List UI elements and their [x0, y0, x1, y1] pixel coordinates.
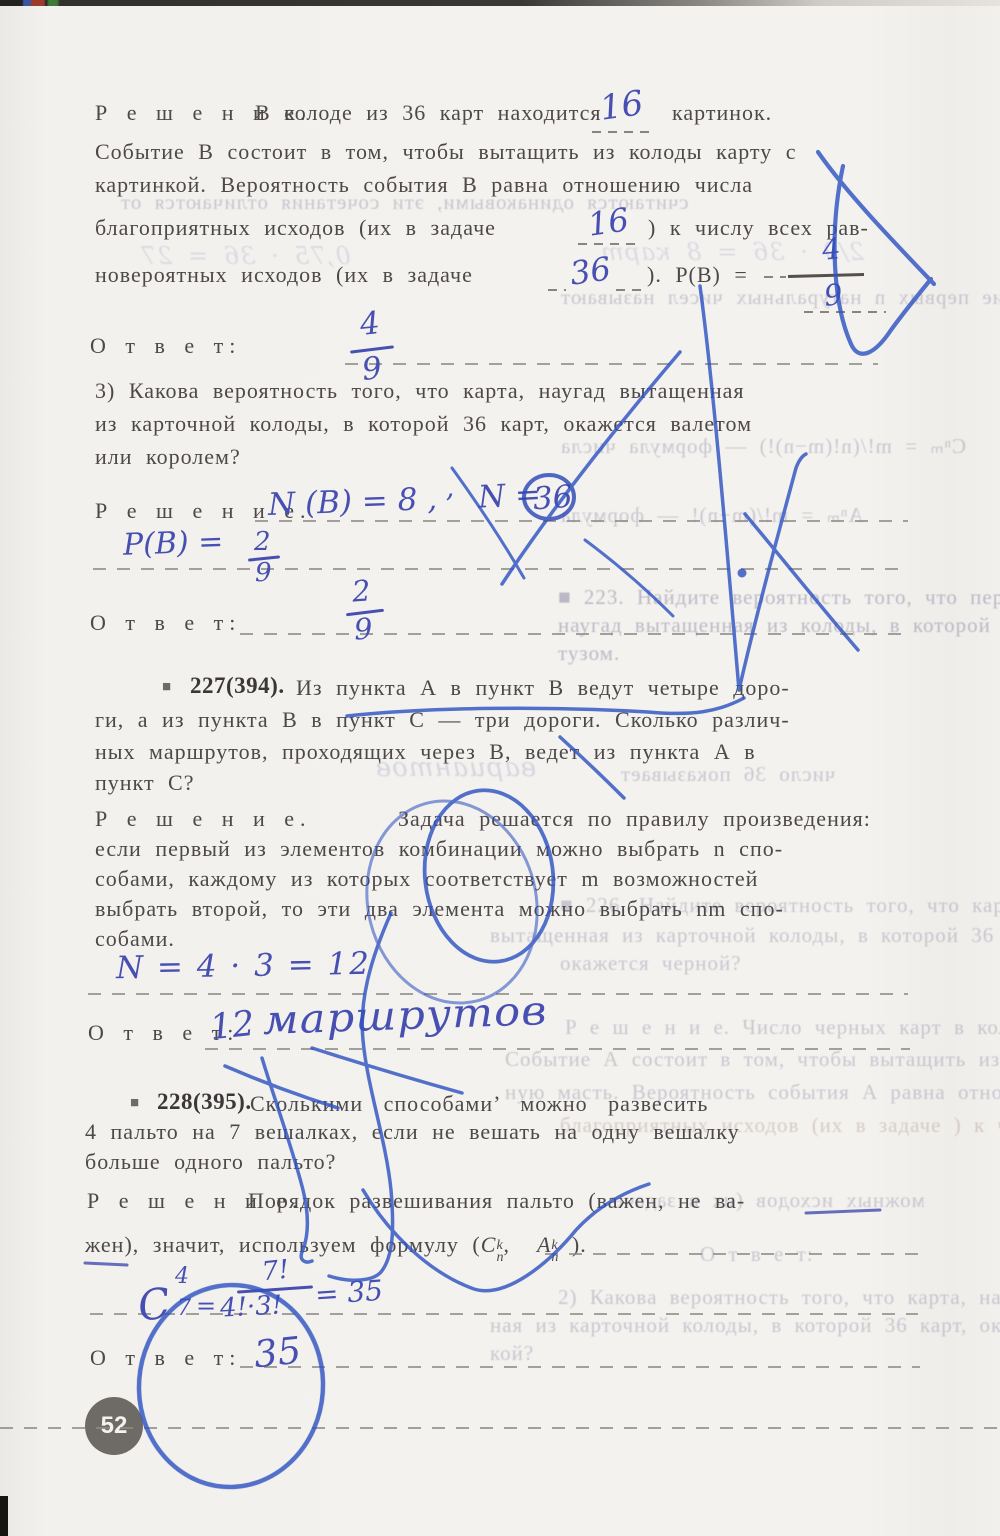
square-bullet-icon: ■: [130, 1095, 139, 1112]
problem228-line2: 4 пальто на 7 вешалках, если не вешать н…: [85, 1119, 740, 1145]
page-number-badge: 52: [85, 1397, 143, 1455]
answer-dashed-line: [545, 1253, 918, 1255]
bleed-line: число 36 показывает: [620, 762, 835, 787]
solution3-line2: если первый из элементов комбинации можн…: [95, 836, 783, 862]
answer-dashed-line: [205, 1048, 910, 1050]
bleed-line: Аⁿₘ = m!/(m−n)! — формула: [560, 503, 863, 528]
answer4-label: О т в е т:: [90, 1345, 241, 1371]
answer-dashed-line: [240, 1366, 920, 1368]
scanned-workbook-page: считаются одинаковыми, эти сочетания отл…: [0, 0, 1000, 1536]
problem227-line1: Из пункта А в пункт В ведут четыре доро-: [296, 675, 790, 701]
solution1-line2: Событие В состоит в том, чтобы вытащить …: [95, 139, 797, 165]
solution1-line3: картинкой. Вероятность события В равна о…: [95, 172, 753, 198]
pen-stroke: [312, 1048, 462, 1093]
answer2-denominator: 9: [353, 611, 374, 646]
answer-dashed-line: [240, 633, 908, 635]
handwritten-fraction-denominator: 9: [822, 277, 844, 313]
handwritten-4fact-3fact: 4!·3!: [219, 1290, 283, 1323]
blank-line: [578, 243, 638, 245]
question3-line3: или королем?: [95, 444, 241, 470]
problem227-number: 227(394).: [190, 673, 285, 699]
handwritten-fraction-denominator: 9: [255, 558, 272, 588]
solution1-line4a: благоприятных исходов (их в задаче: [95, 215, 496, 241]
solution1-line1a: В колоде из 36 карт находится: [255, 100, 601, 126]
handwritten-sub-7: 7: [177, 1296, 191, 1321]
solution4-line2: жен), значит, используем формулу (Сkn, А…: [85, 1232, 587, 1264]
solution3-line4: выбрать второй, то эти два элемента можн…: [95, 896, 784, 922]
bleed-line: вытащенная из карточной колоды, в которо…: [490, 923, 1000, 948]
handwritten-sup-4: 4: [175, 1264, 189, 1289]
bleed-line: ная из карточной колоды, в которой 36 ка…: [490, 1313, 1000, 1338]
answer1-denominator: 9: [360, 350, 383, 388]
handwritten-tick: ’: [445, 488, 454, 521]
blank-line: [616, 289, 642, 291]
answer-dashed-line: [255, 520, 908, 522]
question3-line1: 3) Какова вероятность того, что карта, н…: [95, 378, 745, 404]
answer1-label: О т в е т:: [90, 333, 241, 359]
problem228-number: 228(395).: [157, 1089, 252, 1115]
blank-line: [592, 131, 654, 133]
blank-line: [548, 289, 566, 291]
bleed-line: Сⁿₘ = m!/(n!(m−n)!) — формула числа: [560, 434, 966, 459]
handwritten-N-4-3-12: N = 4 · 3 = 12: [116, 946, 372, 986]
problem227-line3: ных маршрутов, проходящих через В, ведет…: [95, 739, 756, 765]
answer-dashed-line: [345, 363, 878, 365]
handwritten-16: 16: [586, 200, 632, 243]
answer3-12: 12: [208, 1004, 256, 1048]
bleed-line: окажется черной?: [560, 951, 742, 976]
handwritten-NB8: N (В) = 8 ,: [267, 481, 437, 523]
bleed-line: ■ 223. Найдите вероятность того, что пер…: [558, 585, 1000, 610]
answer2-label: О т в е т:: [90, 610, 241, 636]
bleed-line: Событие А состоит в том, чтобы вытащить …: [505, 1047, 1000, 1072]
printed-fraction-bar: [788, 273, 864, 278]
answer1-numerator: 4: [358, 305, 381, 343]
solution4-line2-text: жен), значит, используем формулу (: [85, 1232, 481, 1257]
solution3-line5: собами.: [95, 926, 175, 952]
page-number: 52: [101, 1412, 128, 1440]
bleed-line: 2) Какова вероятность того, что карта, н…: [558, 1285, 1000, 1310]
bleed-line: кой?: [490, 1341, 534, 1366]
solution3-line1: Задача решается по правилу произведения:: [398, 806, 871, 832]
answer-dashed-line: [93, 568, 908, 570]
formula-C: С: [481, 1232, 497, 1257]
solution1-line5b: ). Р(В) =: [647, 262, 748, 288]
handwritten-36: 36: [568, 249, 614, 292]
handwritten-C: С: [135, 1278, 174, 1331]
problem228-line3: больше одного пальто?: [85, 1149, 336, 1175]
scan-edge-strip: [0, 0, 1000, 6]
handwritten-PB: Р(В) =: [122, 524, 223, 562]
problem227-line2: ги, а из пункта В в пункт С — три дороги…: [95, 707, 790, 733]
scan-edge-bar: [0, 1496, 8, 1536]
problem227-line4: пункт С?: [95, 770, 195, 796]
square-bullet-icon: ■: [162, 679, 171, 696]
formula-A-indices: kn: [551, 1240, 558, 1264]
formula-comma: ,: [503, 1232, 510, 1257]
solution3-heading: Р е ш е н и е.: [95, 806, 312, 832]
solution4-line1: Порядок развешивания пальто (важен, не в…: [248, 1188, 745, 1214]
bleed-line: Р е ш е н и е. Число черных карт в колод…: [565, 1015, 1000, 1040]
problem228-line1: Сколькими способами’ можно развесить: [250, 1091, 708, 1117]
blank-line: [764, 276, 786, 278]
handwritten-36-circled: 36: [532, 479, 574, 518]
handwritten-eq-35: = 35: [314, 1274, 384, 1312]
answer2-numerator: 2: [351, 573, 372, 608]
answer4-35: 35: [252, 1329, 303, 1377]
handwritten-fraction-numerator: 2: [254, 527, 271, 557]
pen-stroke: [739, 454, 806, 690]
handwritten-equals: =: [196, 1292, 216, 1320]
answer3-marshrutov: маршрутов: [262, 988, 548, 1044]
blank-line: [804, 311, 886, 313]
question3-line2: из карточной колоды, в которой 36 карт, …: [95, 411, 752, 437]
solution1-line1b: картинок.: [672, 100, 772, 126]
handwritten-16: 16: [597, 83, 645, 129]
bleed-line: тузом.: [558, 641, 620, 666]
solution3-line3: собами, каждому из которых соответствует…: [95, 866, 758, 892]
footer-dashed-line: [0, 1427, 1000, 1429]
handwritten-7fact: 7!: [261, 1255, 291, 1288]
solution1-line5a: новероятных исходов (их в задаче: [95, 262, 473, 288]
handwritten-fraction-numerator: 4: [820, 231, 842, 267]
